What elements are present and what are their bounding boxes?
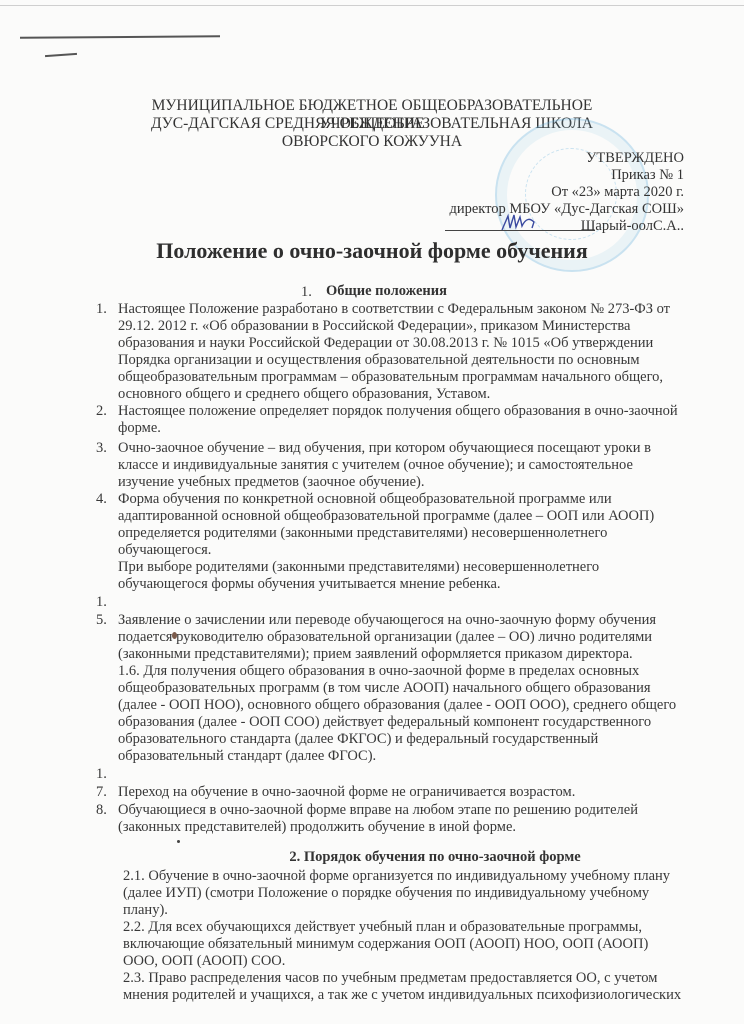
section-1-heading: Общие положения <box>326 283 447 300</box>
item-2-line: Настоящее положение определяет порядок п… <box>118 403 678 420</box>
section-2-line: 2.2. Для всех обучающихся действует учеб… <box>123 919 642 936</box>
item-2-line: форме. <box>118 420 161 437</box>
pen-mark <box>20 35 220 38</box>
approval-label: УТВЕРЖДЕНО <box>586 150 684 168</box>
item-8-line: Обучающиеся в очно-заочной форме вправе … <box>118 802 638 819</box>
section-2-line: (далее ИУП) (смотри Положение о порядке … <box>123 885 649 902</box>
section-2-line: ООО, ООП (АООП) СОО. <box>123 953 285 970</box>
scanned-document-page: МУНИЦИПАЛЬНОЕ БЮДЖЕТНОЕ ОБЩЕОБРАЗОВАТЕЛЬ… <box>0 0 744 1024</box>
item-5-line: (законными представителями); прием заявл… <box>118 646 633 663</box>
item-1-line: общеобразовательным программам – образов… <box>118 369 663 386</box>
item-7-line: Переход на обучение в очно-заочной форме… <box>118 784 575 801</box>
item-4-line: обучающегося. <box>118 542 211 559</box>
item-5-line: подается руководителю образовательной ор… <box>118 629 652 646</box>
item-4-line: При выборе родителями (законными предста… <box>118 559 599 576</box>
item-number: 2. <box>96 403 107 420</box>
item-5-line: образовательный стандарт (далее ФГОС). <box>118 748 376 765</box>
section-2-line: мнения родителей и учащихся, а так же с … <box>123 987 681 1004</box>
item-8-line: (законных представителей) продолжить обу… <box>118 819 516 836</box>
section-2-heading: 2. Порядок обучения по очно-заочной форм… <box>230 849 640 866</box>
item-4-line: Форма обучения по конкретной основной об… <box>118 491 612 508</box>
section-2-line: 2.1. Обучение в очно-заочной форме орган… <box>123 868 670 885</box>
item-5-line: общеобразовательных программ (в том числ… <box>118 680 651 697</box>
order-number: Приказ № 1 <box>611 167 684 185</box>
document-title: Положение о очно-заочной форме обучения <box>0 238 744 264</box>
item-5-line: образовательного стандарта (далее ФКГОС)… <box>118 731 598 748</box>
item-number: 3. <box>96 440 107 457</box>
item-number: 4. <box>96 491 107 508</box>
signature-icon <box>500 212 538 232</box>
item-4-line: обучающегося формы обучения учитывается … <box>118 576 501 593</box>
item-number-empty: 1. <box>96 766 107 783</box>
item-5-line: (далее - ООП НОО), основного общего обра… <box>118 697 676 714</box>
scan-speck <box>172 632 177 639</box>
item-1-line: Настоящее Положение разработано в соотве… <box>118 301 670 318</box>
item-number-empty: 1. <box>96 594 107 611</box>
section-1-number: 1. <box>301 284 312 301</box>
director-name: Шарый-оолС.А.. <box>581 218 684 236</box>
order-date: От «23» марта 2020 г. <box>551 184 684 202</box>
director-title: директор МБОУ «Дус-Дагская СОШ» <box>449 201 684 219</box>
item-number: 5. <box>96 612 107 629</box>
item-5-line: 1.6. Для получения общего образования в … <box>118 663 639 680</box>
item-number: 8. <box>96 802 107 819</box>
section-2-line: плану). <box>123 902 168 919</box>
section-2-line: 2.3. Право распределения часов по учебны… <box>123 970 657 987</box>
item-1-line: 29.12. 2012 г. «Об образовании в Российс… <box>118 318 630 335</box>
scan-speck <box>177 840 180 843</box>
item-5-line: Заявление о зачислении или переводе обуч… <box>118 612 656 629</box>
item-3-line: изучение учебных предметов (заочное обуч… <box>118 474 424 491</box>
item-number: 1. <box>96 301 107 318</box>
item-4-line: определяется родителями (законными предс… <box>118 525 607 542</box>
item-1-line: Порядка организации и осуществления обра… <box>118 352 640 369</box>
item-5-line: образования (далее - ООП СОО) действует … <box>118 714 651 731</box>
item-3-line: Очно-заочное обучение – вид обучения, пр… <box>118 440 651 457</box>
section-2-line: включающие обязательный минимум содержан… <box>123 936 648 953</box>
item-number: 7. <box>96 784 107 801</box>
pen-mark <box>45 53 77 57</box>
item-4-line: адаптированной основной общеобразователь… <box>118 508 654 525</box>
scan-edge-line <box>0 5 744 6</box>
item-1-line: образования и науки Российской Федерации… <box>118 335 653 352</box>
item-1-line: основного общего и среднего общего образ… <box>118 386 490 403</box>
item-3-line: классе и индивидуальные занятия с учител… <box>118 457 633 474</box>
